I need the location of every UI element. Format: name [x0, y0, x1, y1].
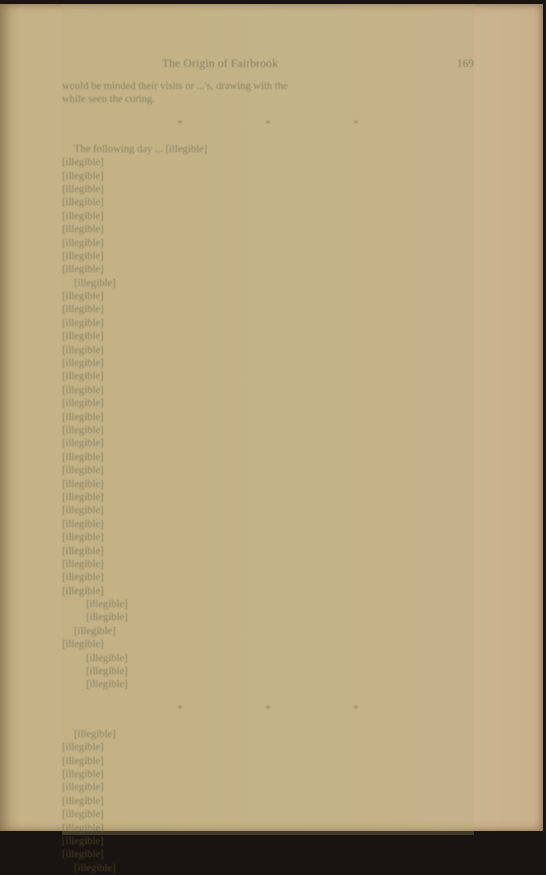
quoted-line: [illegible] [62, 611, 474, 624]
body-line: [illegible] [62, 768, 474, 781]
body-line: [illegible] [62, 303, 474, 316]
body-line: [illegible] [62, 210, 474, 223]
body-line: [illegible] [62, 451, 474, 464]
running-head-title: The Origin of Fairbrook [162, 58, 278, 70]
body-line: [illegible] [62, 437, 474, 450]
body-line: [illegible] [62, 277, 474, 290]
body-line: [illegible] [62, 330, 474, 343]
body-line: [illegible] [62, 531, 474, 544]
body-line: [illegible] [62, 317, 474, 330]
body-line: [illegible] [62, 518, 474, 531]
body-line: [illegible] [62, 183, 474, 196]
body-line: [illegible] [62, 545, 474, 558]
body-line: [illegible] [62, 822, 474, 831]
quoted-line: [illegible] [62, 598, 474, 611]
body-line: The following day ... [illegible] [62, 143, 474, 156]
section-separator: * * * [62, 700, 474, 720]
body-line: [illegible] [62, 478, 474, 491]
body-line: [illegible] [62, 558, 474, 571]
body-line: [illegible] [62, 424, 474, 437]
body-line: [illegible] [62, 250, 474, 263]
running-header: The Origin of Fairbrook 169 [62, 58, 474, 74]
body-line: [illegible] [62, 504, 474, 517]
body-line: [illegible] [62, 464, 474, 477]
body-line: [illegible] [62, 728, 474, 741]
body-line: [illegible] [62, 344, 474, 357]
body-line: [illegible] [62, 397, 474, 410]
page-body: would be minded their visits or ...'s, d… [62, 80, 474, 831]
body-line: [illegible] [62, 370, 474, 383]
body-line: [illegible] [62, 156, 474, 169]
body-line: [illegible] [62, 741, 474, 754]
body-line: [illegible] [62, 781, 474, 794]
body-line: [illegible] [62, 491, 474, 504]
body-line: [illegible] [62, 638, 474, 651]
section-separator: * * * [62, 115, 474, 135]
body-line: [illegible] [62, 290, 474, 303]
body-line: [illegible] [62, 237, 474, 250]
quoted-line: [illegible] [62, 678, 474, 691]
body-line: [illegible] [62, 357, 474, 370]
quoted-line: [illegible] [62, 665, 474, 678]
body-line: [illegible] [62, 585, 474, 598]
body-line: [illegible] [62, 384, 474, 397]
body-line: [illegible] [62, 625, 474, 638]
body-line: [illegible] [62, 755, 474, 768]
body-line: while seen the curing. [62, 93, 474, 106]
body-line: [illegible] [62, 571, 474, 584]
body-line: [illegible] [62, 411, 474, 424]
body-line: [illegible] [62, 223, 474, 236]
page-number: 169 [457, 58, 474, 70]
body-line: [illegible] [62, 196, 474, 209]
body-line: [illegible] [62, 795, 474, 808]
quoted-line: [illegible] [62, 652, 474, 665]
body-line: would be minded their visits or ...'s, d… [62, 80, 474, 93]
body-line: [illegible] [62, 808, 474, 821]
body-line: [illegible] [62, 170, 474, 183]
body-line: [illegible] [62, 263, 474, 276]
